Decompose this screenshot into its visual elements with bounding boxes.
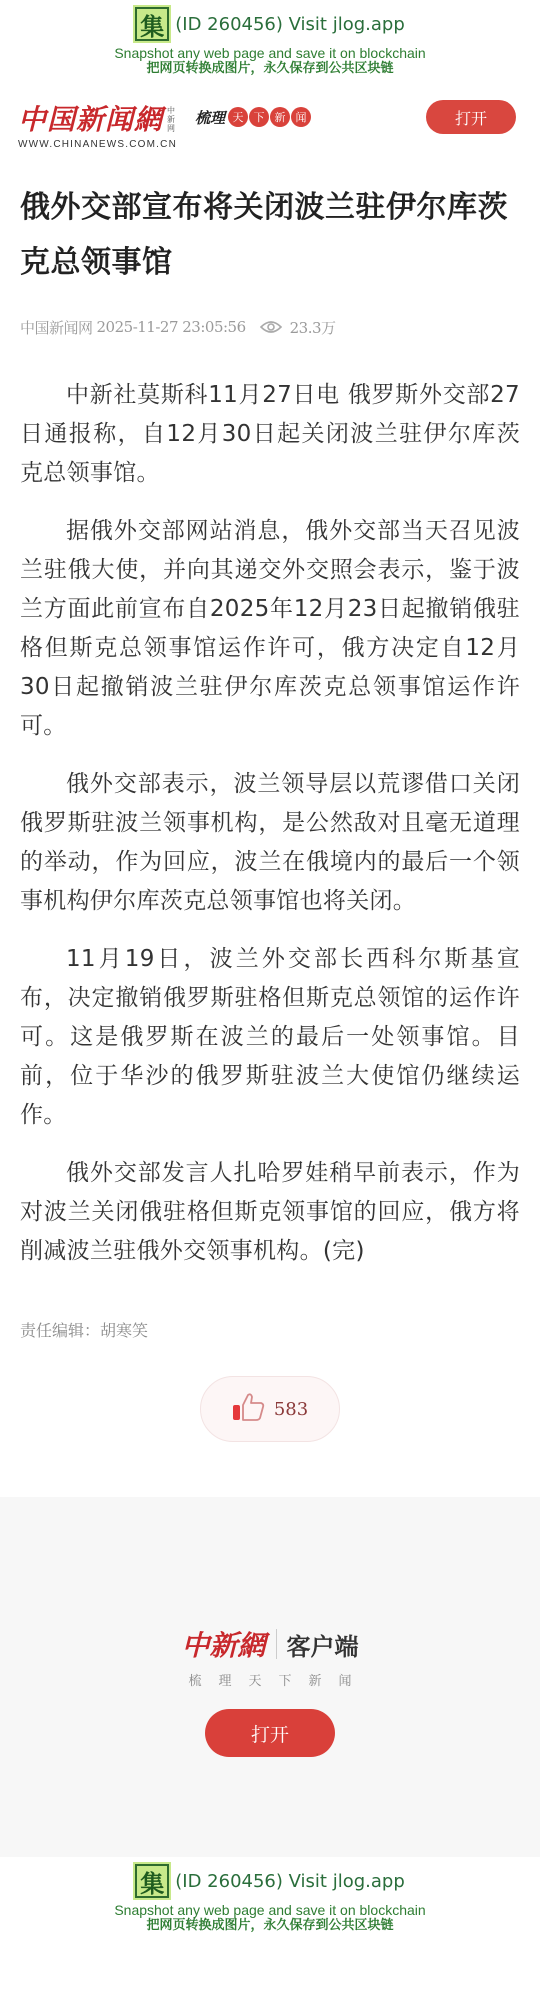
like-count: 583 <box>274 1399 308 1420</box>
article-paragraph: 据俄外交部网站消息，俄外交部当天召见波兰驻俄大使，并向其递交外交照会表示，鉴于波… <box>20 512 520 746</box>
article-meta: 中国新闻网 2025-11-27 23:05:56 23.3万 <box>20 312 520 342</box>
slogan: 梳理 天 下 新 闻 <box>195 107 311 128</box>
open-app-button[interactable]: 打开 <box>426 100 516 134</box>
logo-vertical-text: 中新网 <box>167 106 177 133</box>
article-body: 中新社莫斯科11月27日电 俄罗斯外交部27日通报称，自12月30日起关闭波兰驻… <box>20 376 520 1271</box>
app-promo: 中新網 客户端 梳理天下新闻 打开 <box>0 1497 540 1857</box>
promo-app-label: 客户端 <box>287 1627 359 1662</box>
article-title: 俄外交部宣布将关闭波兰驻伊尔库茨克总领事馆 <box>20 180 520 290</box>
article-paragraph: 中新社莫斯科11月27日电 俄罗斯外交部27日通报称，自12月30日起关闭波兰驻… <box>20 376 520 493</box>
jlog-banner-bottom: 集 (ID 260456) Visit jlog.app Snapshot an… <box>0 1857 540 1945</box>
jlog-link[interactable]: (ID 260456) Visit jlog.app <box>175 14 405 35</box>
promo-logo: 中新網 客户端 <box>181 1624 358 1664</box>
slogan-ink-text: 梳理 <box>195 107 225 128</box>
jlog-link[interactable]: (ID 260456) Visit jlog.app <box>175 1871 405 1892</box>
article: 俄外交部宣布将关闭波兰驻伊尔库茨克总领事馆 中国新闻网 2025-11-27 2… <box>0 180 540 1442</box>
like-button[interactable]: 583 <box>200 1376 340 1442</box>
slogan-dot: 天 <box>228 107 248 127</box>
logo-text: 中国新闻網 <box>18 103 163 137</box>
slogan-dot: 新 <box>270 107 290 127</box>
slogan-dot: 闻 <box>291 107 311 127</box>
promo-logo-text: 中新網 <box>181 1624 265 1664</box>
article-source: 中国新闻网 <box>20 317 93 338</box>
article-editor: 责任编辑：胡寒笑 <box>20 1318 520 1341</box>
promo-divider <box>276 1629 277 1659</box>
jlog-subtitle-en: Snapshot any web page and save it on blo… <box>0 1903 540 1918</box>
article-paragraph: 11月19日，波兰外交部长西科尔斯基宣布，决定撤销俄罗斯驻格但斯克总领馆的运作许… <box>20 940 520 1135</box>
article-paragraph: 俄外交部发言人扎哈罗娃稍早前表示，作为对波兰关闭俄驻格但斯克领事馆的回应，俄方将… <box>20 1154 520 1271</box>
article-datetime: 2025-11-27 23:05:56 <box>97 318 246 336</box>
thumbs-up-icon <box>232 1392 266 1426</box>
jlog-subtitle-en: Snapshot any web page and save it on blo… <box>0 46 540 61</box>
jlog-badge-icon: 集 <box>135 1864 169 1898</box>
jlog-subtitle-cn: 把网页转换成图片，永久保存到公共区块链 <box>0 1918 540 1933</box>
promo-tagline: 梳理天下新闻 <box>171 1670 368 1689</box>
article-paragraph: 俄外交部表示，波兰领导层以荒谬借口关闭俄罗斯驻波兰领事机构，是公然敌对且毫无道理… <box>20 765 520 921</box>
jlog-badge-icon: 集 <box>135 7 169 41</box>
logo-url: WWW.CHINANEWS.COM.CN <box>18 139 177 150</box>
promo-open-button[interactable]: 打开 <box>205 1709 335 1757</box>
site-logo[interactable]: 中国新闻網 中新网 WWW.CHINANEWS.COM.CN <box>18 103 177 150</box>
jlog-subtitle-cn: 把网页转换成图片，永久保存到公共区块链 <box>0 61 540 76</box>
site-header: 中国新闻網 中新网 WWW.CHINANEWS.COM.CN 梳理 天 下 新 … <box>0 88 540 164</box>
jlog-banner-top: 集 (ID 260456) Visit jlog.app Snapshot an… <box>0 0 540 88</box>
article-views: 23.3万 <box>290 317 336 338</box>
slogan-dot: 下 <box>249 107 269 127</box>
eye-icon <box>260 320 282 334</box>
